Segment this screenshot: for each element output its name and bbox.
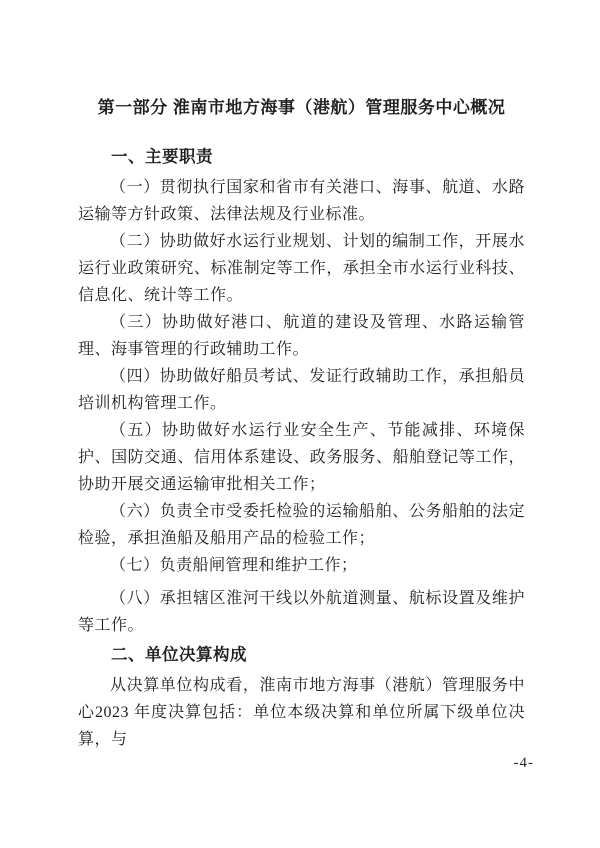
section-heading-budget-composition: 二、单位决算构成 bbox=[78, 642, 525, 669]
duty-paragraph-6: （六）负责全市受委托检验的运输船舶、公务船舶的法定检验，承担渔船及船用产品的检验… bbox=[78, 498, 525, 552]
duty-paragraph-7: （七）负责船闸管理和维护工作； bbox=[78, 552, 525, 579]
duty-paragraph-8: （八）承担辖区淮河干线以外航道测量、航标设置及维护等工作。 bbox=[78, 585, 525, 639]
document-title: 第一部分 淮南市地方海事（港航）管理服务中心概况 bbox=[78, 96, 525, 120]
duty-paragraph-3: （三）协助做好港口、航道的建设及管理、水路运输管理、海事管理的行政辅助工作。 bbox=[78, 309, 525, 363]
document-page: 第一部分 淮南市地方海事（港航）管理服务中心概况 一、主要职责 （一）贯彻执行国… bbox=[0, 0, 600, 848]
duty-paragraph-2: （二）协助做好水运行业规划、计划的编制工作，开展水运行业政策研究、标准制定等工作… bbox=[78, 228, 525, 309]
duty-paragraph-1: （一）贯彻执行国家和省市有关港口、海事、航道、水路运输等方针政策、法律法规及行业… bbox=[78, 174, 525, 228]
document-content: 第一部分 淮南市地方海事（港航）管理服务中心概况 一、主要职责 （一）贯彻执行国… bbox=[78, 96, 525, 753]
duty-paragraph-5: （五）协助做好水运行业安全生产、节能减排、环境保护、国防交通、信用体系建设、政务… bbox=[78, 417, 525, 498]
page-number: -4- bbox=[514, 755, 535, 772]
section-heading-main-duties: 一、主要职责 bbox=[78, 144, 525, 171]
budget-composition-paragraph: 从决算单位构成看，淮南市地方海事（港航）管理服务中心2023 年度决算包括：单位… bbox=[78, 672, 525, 753]
duty-paragraph-4: （四）协助做好船员考试、发证行政辅助工作，承担船员培训机构管理工作。 bbox=[78, 363, 525, 417]
